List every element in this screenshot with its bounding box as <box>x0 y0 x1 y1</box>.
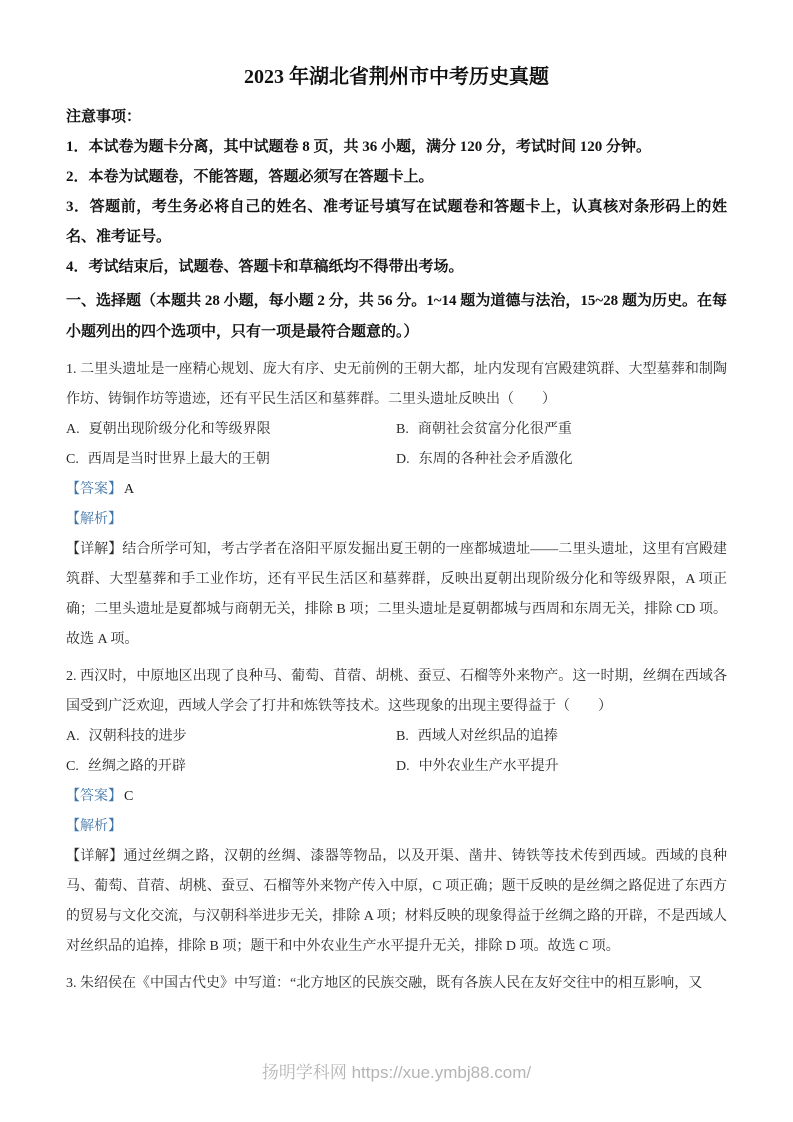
document-page: 2023 年湖北省荆州市中考历史真题 注意事项： 1．本试卷为题卡分离，其中试题… <box>0 0 793 1122</box>
option-c-label: C. <box>66 759 79 774</box>
option-b-text: 商朝社会贫富分化很严重 <box>418 422 572 437</box>
notice-item-3: 3．答题前，考生务必将自己的姓名、准考证号填写在试题卷和答题卡上，认真核对条形码… <box>66 192 727 252</box>
option-b-label: B. <box>396 729 409 744</box>
answer-label: 【答案】 <box>66 789 122 804</box>
question-2-answer-line: 【答案】C <box>66 782 727 812</box>
notice-item-4: 4．考试结束后，试题卷、答题卡和草稿纸均不得带出考场。 <box>66 252 727 282</box>
question-1-stem: 1. 二里头遗址是一座精心规划、庞大有序、史无前例的王朝大都，址内发现有宫殿建筑… <box>66 355 727 415</box>
question-1-answer-line: 【答案】A <box>66 475 727 505</box>
question-1-analysis-line: 【解析】 <box>66 505 727 535</box>
option-c-label: C. <box>66 452 79 467</box>
option-a-text: 汉朝科技的进步 <box>89 729 187 744</box>
option-a: A.汉朝科技的进步 <box>66 722 396 752</box>
option-d-text: 中外农业生产水平提升 <box>419 759 559 774</box>
question-2-stem: 2. 西汉时，中原地区出现了良种马、葡萄、苜蓿、胡桃、蚕豆、石榴等外来物产。这一… <box>66 662 727 722</box>
answer-value: C <box>124 789 133 804</box>
footer-watermark: 扬明学科网 https://xue.ymbj88.com/ <box>0 1058 793 1083</box>
question-2-options: A.汉朝科技的进步 B.西域人对丝织品的追捧 C.丝绸之路的开辟 D.中外农业生… <box>66 722 727 782</box>
section-heading: 一、选择题（本题共 28 小题，每小题 2 分，共 56 分。1~14 题为道德… <box>66 286 727 348</box>
analysis-label: 【解析】 <box>66 819 122 834</box>
option-d-label: D. <box>396 452 410 467</box>
answer-value: A <box>124 482 134 497</box>
question-1-options: A.夏朝出现阶级分化和等级界限 B.商朝社会贫富分化很严重 C.西周是当时世界上… <box>66 415 727 475</box>
question-3-stem: 3. 朱绍侯在《中国古代史》中写道：“北方地区的民族交融，既有各族人民在友好交往… <box>66 969 727 999</box>
notice-item-2: 2．本卷为试题卷，不能答题，答题必须写在答题卡上。 <box>66 162 727 192</box>
option-c: C.西周是当时世界上最大的王朝 <box>66 445 396 475</box>
question-3-partial: 3. 朱绍侯在《中国古代史》中写道：“北方地区的民族交融，既有各族人民在友好交往… <box>66 969 727 999</box>
option-c-text: 丝绸之路的开辟 <box>88 759 186 774</box>
notice-heading: 注意事项： <box>66 102 727 132</box>
option-b: B.西域人对丝织品的追捧 <box>396 722 727 752</box>
option-b-text: 西域人对丝织品的追捧 <box>418 729 558 744</box>
question-2-analysis-line: 【解析】 <box>66 812 727 842</box>
option-c: C.丝绸之路的开辟 <box>66 752 396 782</box>
answer-label: 【答案】 <box>66 482 122 497</box>
option-d: D.东周的各种社会矛盾激化 <box>396 445 727 475</box>
option-a: A.夏朝出现阶级分化和等级界限 <box>66 415 396 445</box>
option-a-text: 夏朝出现阶级分化和等级界限 <box>89 422 271 437</box>
option-c-text: 西周是当时世界上最大的王朝 <box>88 452 270 467</box>
option-d-text: 东周的各种社会矛盾激化 <box>419 452 573 467</box>
option-d-label: D. <box>396 759 410 774</box>
question-1: 1. 二里头遗址是一座精心规划、庞大有序、史无前例的王朝大都，址内发现有宫殿建筑… <box>66 355 727 655</box>
analysis-label: 【解析】 <box>66 512 122 527</box>
option-b-label: B. <box>396 422 409 437</box>
notice-item-1: 1．本试卷为题卡分离，其中试题卷 8 页，共 36 小题，满分 120 分，考试… <box>66 132 727 162</box>
option-a-label: A. <box>66 422 80 437</box>
question-2: 2. 西汉时，中原地区出现了良种马、葡萄、苜蓿、胡桃、蚕豆、石榴等外来物产。这一… <box>66 662 727 962</box>
option-a-label: A. <box>66 729 80 744</box>
option-d: D.中外农业生产水平提升 <box>396 752 727 782</box>
question-1-detail: 【详解】结合所学可知，考古学者在洛阳平原发掘出夏王朝的一座都城遗址——二里头遗址… <box>66 535 727 655</box>
question-2-detail: 【详解】通过丝绸之路，汉朝的丝绸、漆器等物品，以及开渠、凿井、铸铁等技术传到西域… <box>66 842 727 962</box>
page-title: 2023 年湖北省荆州市中考历史真题 <box>66 62 727 92</box>
option-b: B.商朝社会贫富分化很严重 <box>396 415 727 445</box>
